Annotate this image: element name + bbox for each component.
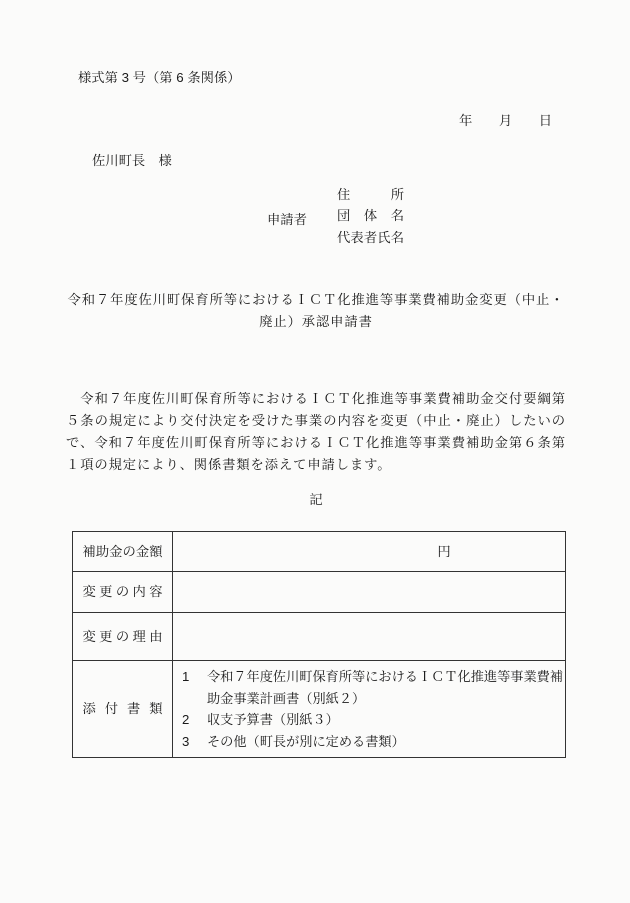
- attachment-1-text: 令和７年度佐川町保育所等におけるＩＣＴ化推進等事業費補助金事業計画書（別紙２）: [207, 669, 563, 706]
- applicant-address-label: 住所: [337, 188, 404, 209]
- applicant-organization-label: 団体名: [337, 209, 404, 230]
- attachment-item-2: 2 収支予算書（別紙３）: [182, 709, 565, 731]
- form-number-label: 様式第 3 号（第 6 条関係）: [78, 71, 241, 84]
- change-content-value-cell: [173, 572, 565, 612]
- recipient-line: 佐川町長 様: [92, 154, 172, 167]
- section-marker-ki: 記: [66, 489, 566, 511]
- attachments-label-cell: 添付書類: [73, 661, 173, 757]
- attachment-3-text: その他（町長が別に定める書類）: [207, 734, 405, 749]
- subsidy-amount-unit: 円: [173, 532, 565, 571]
- attachments-list: 1 令和７年度佐川町保育所等におけるＩＣＴ化推進等事業費補助金事業計画書（別紙２…: [173, 661, 565, 752]
- change-reason-label: 変更の理由: [83, 630, 163, 643]
- document-page: 様式第 3 号（第 6 条関係） 年 月 日 佐川町長 様 申請者 住所 団体名…: [0, 0, 630, 903]
- attachments-label: 添付書類: [83, 702, 163, 715]
- subsidy-amount-value-cell: 円: [173, 532, 565, 571]
- applicant-role-label: 申請者: [267, 213, 307, 226]
- subsidy-amount-label-cell: 補助金の金額: [73, 532, 173, 571]
- applicant-fields-block: 住所 団体名 代表者氏名: [337, 188, 404, 252]
- attachment-2-text: 収支予算書（別紙３）: [207, 712, 339, 727]
- table-row-subsidy-amount: 補助金の金額 円: [73, 532, 565, 572]
- change-reason-value-cell: [173, 613, 565, 660]
- change-reason-label-cell: 変更の理由: [73, 613, 173, 660]
- details-table: 補助金の金額 円 変更の内容 変更の理由 添付書類: [72, 531, 566, 758]
- table-row-change-content: 変更の内容: [73, 572, 565, 613]
- table-row-attachments: 添付書類 1 令和７年度佐川町保育所等におけるＩＣＴ化推進等事業費補助金事業計画…: [73, 661, 565, 757]
- body-paragraph: 令和７年度佐川町保育所等におけるＩＣＴ化推進等事業費補助金交付要綱第５条の規定に…: [66, 388, 566, 476]
- change-content-label-cell: 変更の内容: [73, 572, 173, 612]
- attachment-item-3: 3 その他（町長が別に定める書類）: [182, 731, 565, 753]
- subsidy-amount-label: 補助金の金額: [83, 545, 163, 558]
- date-line: 年 月 日: [459, 114, 552, 127]
- applicant-representative-label: 代表者氏名: [337, 231, 404, 252]
- attachments-value-cell: 1 令和７年度佐川町保育所等におけるＩＣＴ化推進等事業費補助金事業計画書（別紙２…: [173, 661, 565, 757]
- change-content-label: 変更の内容: [83, 585, 163, 598]
- attachment-3-number: 3: [182, 731, 189, 753]
- attachment-2-number: 2: [182, 709, 189, 731]
- document-title: 令和７年度佐川町保育所等におけるＩＣＴ化推進等事業費補助金変更（中止・廃止）承認…: [66, 289, 566, 332]
- table-row-change-reason: 変更の理由: [73, 613, 565, 661]
- attachment-1-number: 1: [182, 666, 189, 688]
- attachment-item-1: 1 令和７年度佐川町保育所等におけるＩＣＴ化推進等事業費補助金事業計画書（別紙２…: [182, 666, 565, 709]
